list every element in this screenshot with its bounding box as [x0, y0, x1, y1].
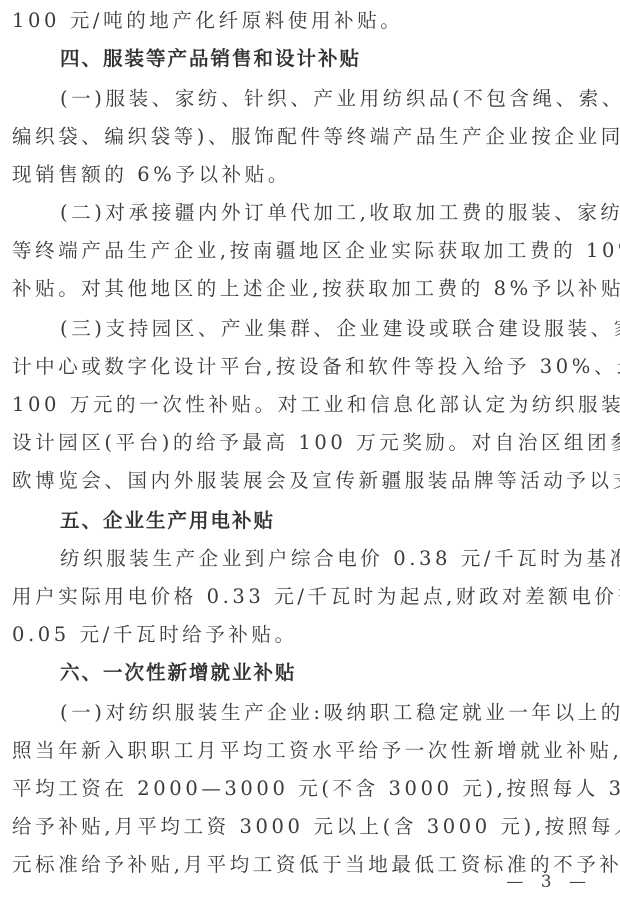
body-line: 等终端产品生产企业,按南疆地区企业实际获取加工费的 10%给予: [12, 232, 612, 269]
body-line: 用户实际用电价格 0.33 元/千瓦时为起点,财政对差额电价部分: [12, 578, 612, 615]
body-line: (一)服装、家纺、针织、产业用纺织品(不包含绳、索、带、塑料: [60, 80, 612, 117]
body-line: 平均工资在 2000—3000 元(不含 3000 元),按照每人 3000 元…: [12, 770, 612, 807]
body-line: 100 万元的一次性补贴。对工业和信息化部认定为纺织服装创意: [12, 386, 612, 423]
body-line: 补贴。对其他地区的上述企业,按获取加工费的 8%予以补贴。: [12, 270, 612, 307]
body-line: 照当年新入职职工月平均工资水平给予一次性新增就业补贴,月: [12, 732, 612, 769]
section-heading-5: 五、企业生产用电补贴: [60, 502, 612, 539]
document-page: 100 元/吨的地产化纤原料使用补贴。 四、服装等产品销售和设计补贴 (一)服装…: [0, 0, 620, 901]
body-line: (三)支持园区、产业集群、企业建设或联合建设服装、家纺设: [60, 310, 612, 347]
body-line: 现销售额的 6%予以补贴。: [12, 156, 612, 193]
body-line: 计中心或数字化设计平台,按设备和软件等投入给予 30%、最高: [12, 348, 612, 385]
body-line: 纺织服装生产企业到户综合电价 0.38 元/千瓦时为基准,以: [60, 540, 612, 577]
body-line: 给予补贴,月平均工资 3000 元以上(含 3000 元),按照每人 4000: [12, 808, 612, 845]
body-line: (一)对纺织服装生产企业:吸纳职工稳定就业一年以上的,按: [60, 694, 612, 731]
body-line: 编织袋、编织袋等)、服饰配件等终端产品生产企业按企业同期实: [12, 118, 612, 155]
body-line: (二)对承接疆内外订单代加工,收取加工费的服装、家纺、针织: [60, 194, 612, 231]
body-line: 设计园区(平台)的给予最高 100 万元奖励。对自治区组团参加亚: [12, 424, 612, 461]
section-heading-6: 六、一次性新增就业补贴: [60, 654, 612, 691]
body-line: 0.05 元/千瓦时给予补贴。: [12, 616, 612, 653]
section-heading-4: 四、服装等产品销售和设计补贴: [60, 40, 612, 77]
page-number: — 3 —: [506, 872, 592, 892]
body-line: 100 元/吨的地产化纤原料使用补贴。: [12, 2, 612, 39]
body-line: 欧博览会、国内外服装展会及宣传新疆服装品牌等活动予以支持。: [12, 462, 612, 499]
